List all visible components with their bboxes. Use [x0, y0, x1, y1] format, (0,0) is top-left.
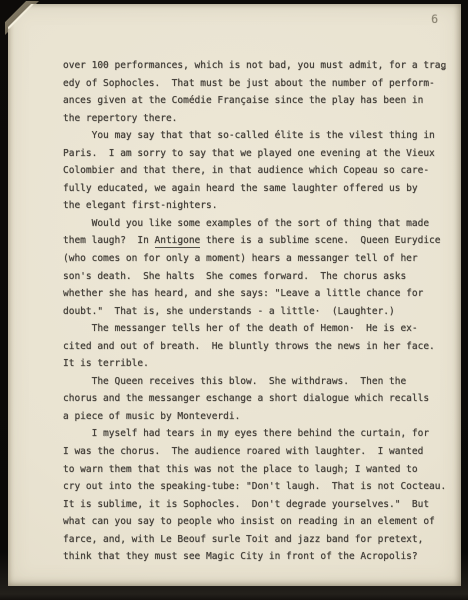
text-line: a piece of music by Monteverdi. — [63, 408, 451, 426]
text-line: The Queen receives this blow. She withdr… — [63, 373, 451, 391]
page-number: 6 — [431, 12, 438, 26]
text-segment: ances given at the Comédie Française sin… — [63, 95, 423, 106]
text-segment: cry out into the speaking-tube: "Don't l… — [63, 481, 446, 492]
text-segment: to warn them that this was not the place… — [63, 464, 418, 475]
text-segment: son's death. She halts She comes forward… — [63, 271, 406, 282]
text-line: doubt." That is, she understands - a lit… — [63, 303, 451, 321]
text-line: I myself had tears in my eyes there behi… — [63, 425, 451, 443]
text-segment: The Queen receives this blow. She withdr… — [63, 376, 406, 387]
text-segment: Colombier and that there, in that audien… — [63, 165, 429, 176]
text-line: You may say that that so-called élite is… — [63, 127, 451, 145]
text-line: them laugh? In Antigone there is a subli… — [63, 232, 451, 250]
text-segment: farce, and, with Le Beouf surle Toit and… — [63, 534, 423, 545]
text-line: edy of Sophocles. That must be just abou… — [63, 75, 451, 93]
text-line: over 100 performances, which is not bad,… — [63, 57, 451, 75]
text-segment: It is sublime, it is Sophocles. Don't de… — [63, 499, 429, 510]
photo-background: 6 over 100 performances, which is not ba… — [0, 0, 468, 600]
text-segment: I myself had tears in my eyes there behi… — [63, 428, 429, 439]
text-segment: them laugh? In — [63, 235, 155, 246]
text-segment: over 100 performances, which is not bad,… — [63, 60, 446, 71]
typescript-page: 6 over 100 performances, which is not ba… — [8, 4, 461, 586]
text-segment: doubt." That is, she understands - a lit… — [63, 306, 395, 317]
text-segment: a piece of music by Monteverdi. — [63, 411, 240, 422]
text-line: think that they must see Magic City in f… — [63, 548, 451, 566]
text-segment: whether she has heard, and she says: "Le… — [63, 288, 423, 299]
text-line: It is terrible. — [63, 355, 451, 373]
text-line: cited and out of breath. He bluntly thro… — [63, 338, 451, 356]
typewritten-text: over 100 performances, which is not bad,… — [63, 57, 451, 566]
text-segment: the elegant first-nighters. — [63, 200, 217, 211]
text-line: Would you like some examples of the sort… — [63, 215, 451, 233]
text-line: I was the chorus. The audience roared wi… — [63, 443, 451, 461]
text-segment: the repertory there. — [63, 113, 177, 124]
text-segment: chorus and the messanger eschange a shor… — [63, 393, 429, 404]
text-segment: It is terrible. — [63, 358, 149, 369]
text-segment: there is a sublime scene. Queen Eurydice — [200, 235, 440, 246]
text-line: fully educated, we again heard the same … — [63, 180, 451, 198]
text-line: cry out into the speaking-tube: "Don't l… — [63, 478, 451, 496]
text-segment: think that they must see Magic City in f… — [63, 551, 418, 562]
text-segment: cited and out of breath. He bluntly thro… — [63, 341, 435, 352]
text-line: what can you say to people who insist on… — [63, 513, 451, 531]
text-line: son's death. She halts She comes forward… — [63, 268, 451, 286]
text-line: chorus and the messanger eschange a shor… — [63, 390, 451, 408]
text-segment: You may say that that so-called élite is… — [63, 130, 435, 141]
text-segment: Paris. I am sorry to say that we played … — [63, 148, 435, 159]
text-segment: fully educated, we again heard the same … — [63, 183, 418, 194]
text-segment: edy of Sophocles. That must be just abou… — [63, 78, 435, 89]
text-line: the repertory there. — [63, 110, 451, 128]
text-line: the elegant first-nighters. — [63, 197, 451, 215]
text-segment: I was the chorus. The audience roared wi… — [63, 446, 423, 457]
text-line: The messanger tells her of the death of … — [63, 320, 451, 338]
text-line: Colombier and that there, in that audien… — [63, 162, 451, 180]
text-line: to warn them that this was not the place… — [63, 461, 451, 479]
text-line: farce, and, with Le Beouf surle Toit and… — [63, 531, 451, 549]
text-line: ances given at the Comédie Française sin… — [63, 92, 451, 110]
text-line: Paris. I am sorry to say that we played … — [63, 145, 451, 163]
text-segment: (who comes on for only a moment) hears a… — [63, 253, 418, 264]
text-line: whether she has heard, and she says: "Le… — [63, 285, 451, 303]
underlined-word: Antigone — [155, 235, 201, 248]
text-segment: The messanger tells her of the death of … — [63, 323, 418, 334]
text-segment: Would you like some examples of the sort… — [63, 218, 429, 229]
text-line: It is sublime, it is Sophocles. Don't de… — [63, 496, 451, 514]
text-segment: what can you say to people who insist on… — [63, 516, 435, 527]
text-line: (who comes on for only a moment) hears a… — [63, 250, 451, 268]
